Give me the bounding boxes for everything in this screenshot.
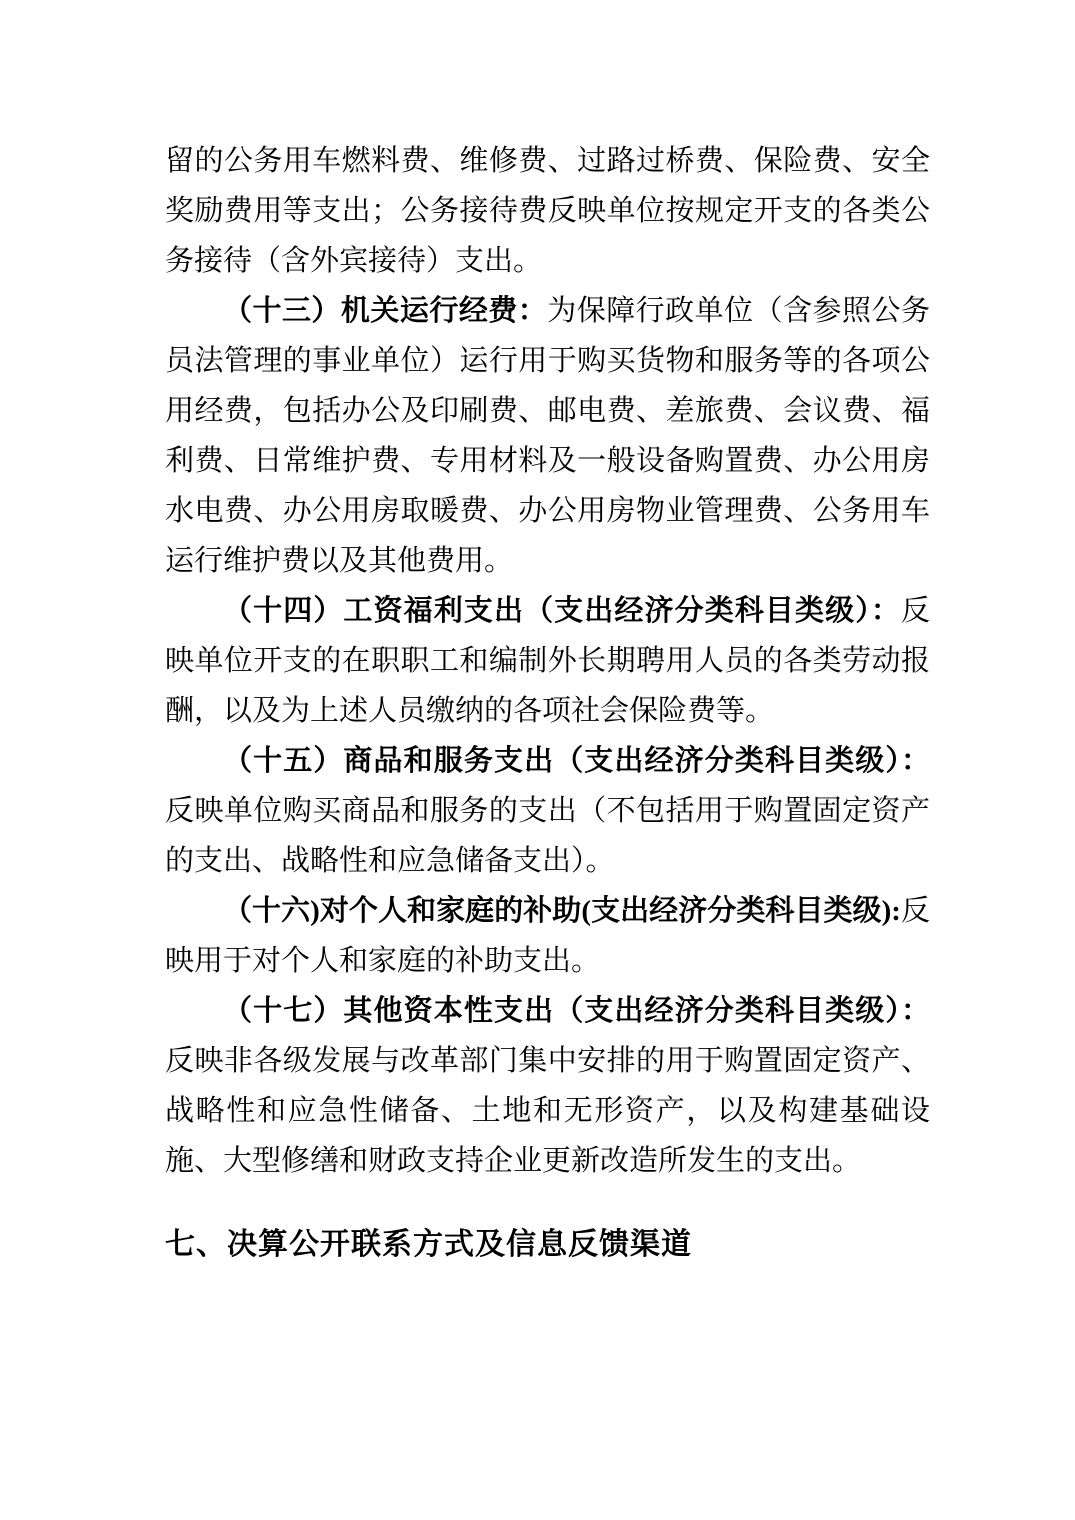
paragraph-16-lead: （十六)对个人和家庭的补助(支出经济分类科目类级):: [223, 895, 901, 927]
paragraph-item-17: （十七）其他资本性支出（支出经济分类科目类级）：反映非各级发展与改革部门集中安排…: [165, 986, 930, 1186]
document-content: 留的公务用车燃料费、维修费、过路过桥费、保险费、安全奖励费用等支出；公务接待费反…: [0, 0, 1075, 1270]
paragraph-14-lead: （十四）工资福利支出（支出经济分类科目类级）：: [223, 595, 901, 627]
paragraph-13-body: 为保障行政单位（含参照公务员法管理的事业单位）运行用于购买货物和服务等的各项公用…: [165, 295, 930, 577]
paragraph-item-13: （十三）机关运行经费：为保障行政单位（含参照公务员法管理的事业单位）运行用于购买…: [165, 286, 930, 586]
paragraph-17-body: 反映非各级发展与改革部门集中安排的用于购置固定资产、战略性和应急性储备、土地和无…: [165, 1045, 930, 1177]
document-page: 留的公务用车燃料费、维修费、过路过桥费、保险费、安全奖励费用等支出；公务接待费反…: [0, 0, 1075, 1520]
paragraph-15-lead: （十五）商品和服务支出（支出经济分类科目类级）：: [223, 745, 930, 777]
paragraph-17-lead: （十七）其他资本性支出（支出经济分类科目类级）：: [223, 995, 930, 1027]
paragraph-continuation: 留的公务用车燃料费、维修费、过路过桥费、保险费、安全奖励费用等支出；公务接待费反…: [165, 136, 930, 286]
paragraph-item-14: （十四）工资福利支出（支出经济分类科目类级）：反映单位开支的在职职工和编制外长期…: [165, 586, 930, 736]
paragraph-15-body: 反映单位购买商品和服务的支出（不包括用于购置固定资产的支出、战略性和应急储备支出…: [165, 795, 930, 877]
paragraph-item-16: （十六)对个人和家庭的补助(支出经济分类科目类级):反映用于对个人和家庭的补助支…: [165, 886, 930, 986]
paragraph-item-15: （十五）商品和服务支出（支出经济分类科目类级）：反映单位购买商品和服务的支出（不…: [165, 736, 930, 886]
section-heading: 七、决算公开联系方式及信息反馈渠道: [165, 1220, 930, 1270]
paragraph-13-lead: （十三）机关运行经费：: [223, 295, 547, 327]
